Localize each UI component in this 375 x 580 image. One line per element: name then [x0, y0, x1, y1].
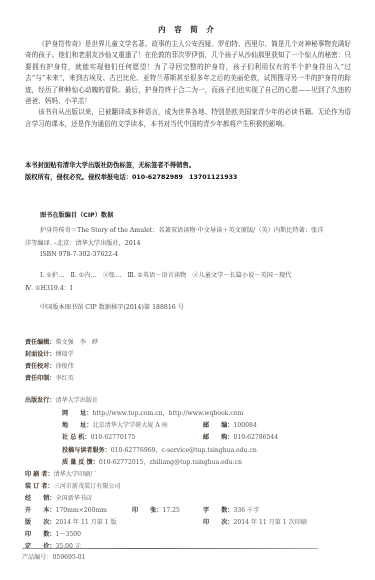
format-row: 开 本：170mm×260mm: [25, 505, 107, 514]
quality-feedback-row: 质 量 反 馈：010-62772015，zhiliang@tup.tsingh…: [62, 457, 242, 466]
staff-cover-design: 封面设计：傅瑞学: [25, 349, 74, 358]
postcode-row: 邮 编：100084: [203, 420, 257, 429]
cip-line-2: 洋等编译. –北京：清华大学出版社，2014: [25, 238, 141, 247]
staff-editor: 责任编辑：柴文强 李 晔: [25, 337, 98, 346]
summary-body: 《护身符传奇》是世界儿童文学名著。故事的主人公安西娅、罗伯特、西里尔、简是几个对…: [25, 39, 351, 130]
cip-isbn: ISBN 978-7-302-37622-4: [40, 251, 118, 258]
staff-proofreader-label: 责任校对：: [25, 363, 55, 370]
staff-printing-manager-value: 李红英: [55, 375, 73, 382]
address-label: 地 址：: [62, 422, 92, 429]
edition-label: 版 次：: [25, 519, 55, 526]
format-value: 170mm×260mm: [55, 507, 106, 514]
product-code-value: 059695-01: [52, 554, 85, 561]
copyright-page: 内 容 简 介 《护身符传奇》是世界儿童文学名著。故事的主人公安西娅、罗伯特、西…: [0, 0, 375, 580]
word-count-row: 字 数：336 千字: [203, 505, 259, 514]
binder-value: 三河市新茂装订有限公司: [54, 483, 121, 490]
printer-label: 印 刷 者：: [25, 471, 54, 478]
switchboard-label: 社 总 机：: [62, 434, 91, 441]
edition-value: 2014 年 11 月第 1 版: [55, 519, 116, 526]
print-run-row: 印 数：1～3500: [25, 529, 81, 538]
sheets-label: 印 张：: [132, 507, 162, 514]
printer-row: 印 刷 者：清华大学印刷厂: [25, 469, 96, 478]
product-code-label: 产品编号：: [22, 554, 52, 561]
mail-order-label: 邮 购：: [203, 434, 233, 441]
impression-row: 印 次：2014 年 11 月第 1 次印刷: [203, 517, 307, 526]
distributor-row: 经 销：全国新华书店: [25, 493, 92, 502]
binder-row: 装 订 者：三河市新茂装订有限公司: [25, 481, 121, 490]
distributor-label: 经 销：: [25, 495, 55, 502]
summary-paragraph-2: 该书自从出版以来，已被翻译成多种语言，成为世界各地、特别是欧美国家青少年的必读书…: [25, 107, 351, 130]
reader-service-row: 投稿与读者服务：010-62776969，c-service@tup.tsing…: [62, 445, 257, 454]
publisher-label: 出版发行：: [25, 397, 55, 404]
cip-classification-2: Ⅳ. ①H319.4：Ⅰ: [25, 283, 72, 292]
cip-heading: 图书在版编目（CIP）数据: [40, 210, 113, 219]
mail-order-value: 010-62786544: [233, 434, 278, 441]
postcode-value: 100084: [233, 422, 256, 429]
address-row: 地 址：北京清华大学学研大厦 A 座: [62, 420, 168, 429]
print-run-label: 印 数：: [25, 531, 55, 538]
word-count-label: 字 数：: [203, 507, 233, 514]
staff-editor-value: 柴文强 李 晔: [55, 339, 98, 346]
staff-editor-label: 责任编辑：: [25, 339, 55, 346]
footer-divider: [22, 548, 318, 549]
cip-line-1: 护身符传奇＝The Story of the Amulet：名著双语读物·中文导…: [40, 225, 370, 234]
quality-feedback-label: 质 量 反 馈：: [62, 459, 99, 466]
impression-value: 2014 年 11 月第 1 次印刷: [233, 519, 306, 526]
product-code-row: 产品编号：059695-01: [22, 552, 86, 561]
website-row: 网 址：http://www.tup.com.cn，http://www.wqb…: [62, 408, 243, 417]
address-value: 北京清华大学学研大厦 A 座: [92, 422, 167, 429]
staff-printing-manager-label: 责任印制：: [25, 375, 55, 382]
printer-value: 清华大学印刷厂: [54, 471, 97, 478]
sheets-value: 17.25: [162, 507, 179, 514]
staff-proofreader: 责任校对：徐俊伟: [25, 361, 74, 370]
reader-service-value: 010-62776969，c-service@tup.tsinghua.edu.…: [111, 447, 257, 454]
format-label: 开 本：: [25, 507, 55, 514]
publisher-value: 清华大学出版社: [55, 397, 98, 404]
edition-row: 版 次：2014 年 11 月第 1 版: [25, 517, 117, 526]
impression-label: 印 次：: [203, 519, 233, 526]
staff-proofreader-value: 徐俊伟: [55, 363, 73, 370]
word-count-value: 336 千字: [233, 507, 259, 514]
switchboard-value: 010-62770175: [91, 434, 136, 441]
distributor-value: 全国新华书店: [55, 495, 92, 502]
copyright-notice: 版权所有，侵权必究。侵权举报电话：010-62782989 1370112193…: [25, 172, 237, 181]
quality-feedback-value: 010-62772015，zhiliang@tup.tsinghua.edu.c…: [99, 459, 242, 466]
sheets-row: 印 张：17.25: [132, 505, 180, 514]
mail-order-row: 邮 购：010-62786544: [203, 432, 278, 441]
anti-counterfeit-notice: 本书封面贴有清华大学出版社防伪标签，无标签者不得销售。: [25, 160, 195, 169]
summary-paragraph-1: 《护身符传奇》是世界儿童文学名著。故事的主人公安西娅、罗伯特、西里尔、简是几个对…: [25, 39, 351, 107]
postcode-label: 邮 编：: [203, 422, 233, 429]
staff-cover-design-label: 封面设计：: [25, 351, 55, 358]
cip-verification: 中国版本图书馆 CIP 数据核字(2014)第 188816 号: [40, 302, 184, 311]
reader-service-label: 投稿与读者服务：: [62, 447, 111, 454]
cip-classification-1: Ⅰ. ①护… Ⅱ. ①内… ②张… Ⅲ. ①英语－语言读物 ②儿童文学－长篇小说…: [40, 270, 291, 279]
summary-title: 内 容 简 介: [0, 24, 375, 35]
staff-cover-design-value: 傅瑞学: [55, 351, 73, 358]
print-run-value: 1～3500: [55, 531, 80, 538]
publisher-row: 出版发行：清华大学出版社: [25, 395, 98, 404]
website-label: 网 址：: [62, 410, 92, 417]
staff-printing-manager: 责任印制：李红英: [25, 373, 74, 382]
switchboard-row: 社 总 机：010-62770175: [62, 432, 135, 441]
website-value: http://www.tup.com.cn，http://www.wqbook.…: [92, 410, 243, 417]
binder-label: 装 订 者：: [25, 483, 54, 490]
